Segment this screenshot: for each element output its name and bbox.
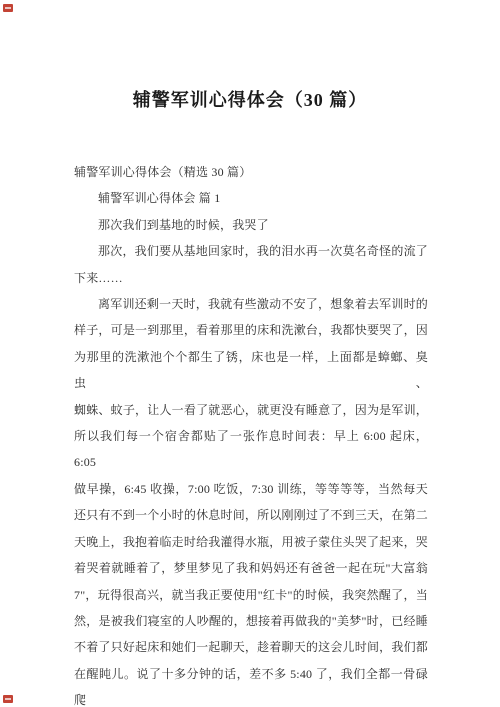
text-line: 样子，可是一到那里，看着那里的床和洗漱台，我都快要哭了，因	[74, 317, 428, 343]
text-line: 还只有不到一个小时的休息时间，所以刚刚过了不到三天，在第二	[74, 502, 428, 528]
document-body: 辅警军训心得体会（精选 30 篇） 辅警军训心得体会 篇 1 那次我们到基地的时…	[74, 159, 428, 707]
text-line: 离军训还剩一天时，我就有些激动不安了，想象着去军训时的	[74, 291, 428, 317]
text-line: 天晚上，我抱着临走时给我灌得水瓶，用被子蒙住头哭了起来，哭	[74, 529, 428, 555]
text-line: 下来……	[74, 265, 428, 291]
text-line: 7"，玩得很高兴，就当我正要使用"红卡"的时候，我突然醒了，当	[74, 582, 428, 608]
text-line: 然，是被我们寝室的人吵醒的，想接着再做我的"美梦"时，已经睡	[74, 608, 428, 634]
text-line: 所以我们每一个宿舍都贴了一张作息时间表：早上 6:00 起床，6:05	[74, 423, 428, 476]
text-line: 做早操，6:45 收操，7:00 吃饭，7:30 训练，等等等等，当然每天	[74, 476, 428, 502]
text-line: 着哭着就睡着了，梦里梦见了我和妈妈还有爸爸一起在玩"大富翁	[74, 555, 428, 581]
text-line: 蜘蛛、蚊子，让人一看了就恶心，就更没有睡意了，因为是军训，	[74, 397, 428, 423]
text-line: 那次我们到基地的时候，我哭了	[74, 212, 428, 238]
text-line: 不着了只好起床和她们一起聊天，趁着聊天的这会儿时间，我们都	[74, 634, 428, 660]
text-line: 辅警军训心得体会（精选 30 篇）	[74, 159, 428, 185]
text-line: 在醒盹儿。说了十多分钟的话，差不多 5:40 了，我们全都一骨碌爬	[74, 661, 428, 707]
text-line: 那次，我们要从基地回家时，我的泪水再一次莫名奇怪的流了	[74, 238, 428, 264]
red-corner-mark-top-icon	[3, 4, 13, 12]
document-title: 辅警军训心得体会（30 篇）	[0, 89, 500, 112]
document-page: 辅警军训心得体会（30 篇） 辅警军训心得体会（精选 30 篇） 辅警军训心得体…	[0, 0, 500, 707]
text-line: 辅警军训心得体会 篇 1	[74, 185, 428, 211]
red-corner-mark-bottom-icon	[3, 695, 13, 703]
text-line: 为那里的洗漱池个个都生了锈，床也是一样，上面都是蟑螂、臭虫、	[74, 344, 428, 397]
